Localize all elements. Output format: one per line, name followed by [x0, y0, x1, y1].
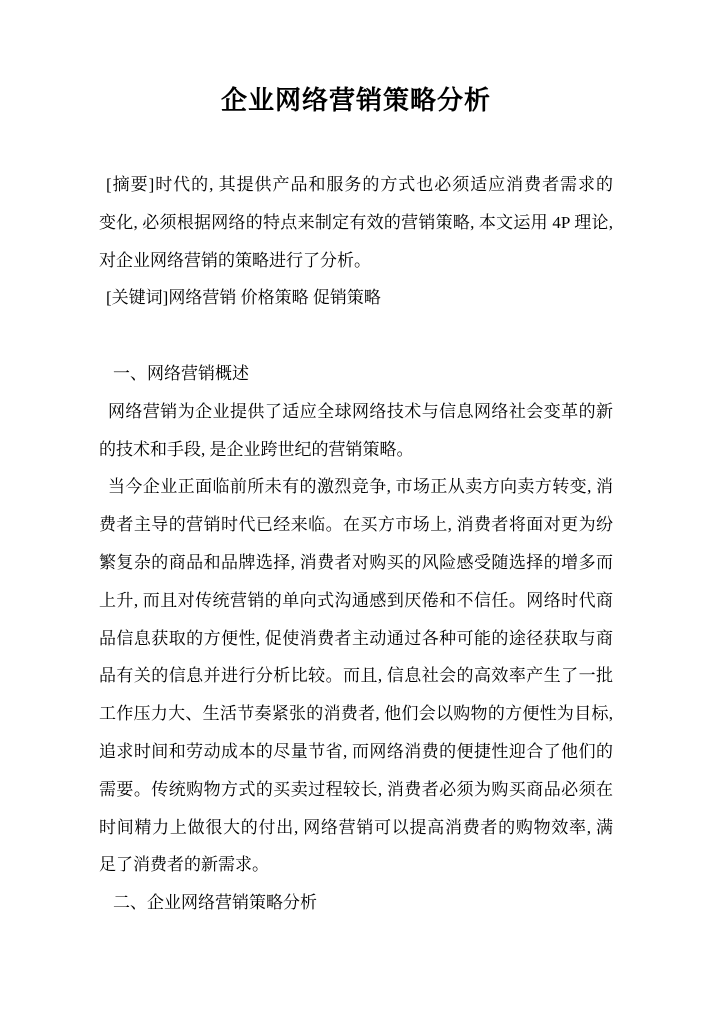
s1-p2-line-9: 需要。传统购物方式的买卖过程较长, 消费者必须为购买商品必须在 [99, 771, 613, 809]
abstract-line-1: [摘要]时代的, 其提供产品和服务的方式也必须适应消费者需求的 [99, 166, 613, 204]
s1-p2-line-10: 时间精力上做很大的付出, 网络营销可以提高消费者的购物效率, 满 [99, 809, 613, 847]
s1-p1-line-1: 网络营销为企业提供了适应全球网络技术与信息网络社会变革的新 [99, 393, 613, 431]
document-title: 企业网络营销策略分析 [99, 83, 613, 119]
s1-p2-line-7: 工作压力大、生活节奏紧张的消费者, 他们会以购物的方便性为目标, [99, 695, 613, 733]
s1-p2-line-1: 当今企业正面临前所未有的激烈竞争, 市场正从卖方向卖方转变, 消 [99, 468, 613, 506]
section-1-paragraph-1: 网络营销为企业提供了适应全球网络技术与信息网络社会变革的新 的技术和手段, 是企… [99, 393, 613, 469]
document-page: 企业网络营销策略分析 [摘要]时代的, 其提供产品和服务的方式也必须适应消费者需… [0, 0, 721, 1020]
section-2-heading: 二、企业网络营销策略分析 [99, 884, 613, 922]
abstract-line-2: 变化, 必须根据网络的特点来制定有效的营销策略, 本文运用 4P 理论, [99, 204, 613, 242]
s1-p2-line-8: 追求时间和劳动成本的尽量节省, 而网络消费的便捷性迎合了他们的 [99, 733, 613, 771]
section-1-heading: 一、网络营销概述 [99, 355, 613, 393]
section-1-paragraph-2: 当今企业正面临前所未有的激烈竞争, 市场正从卖方向卖方转变, 消 费者主导的营销… [99, 468, 613, 884]
s1-p1-line-2: 的技术和手段, 是企业跨世纪的营销策略。 [99, 431, 613, 469]
s1-p2-line-2: 费者主导的营销时代已经来临。在买方市场上, 消费者将面对更为纷 [99, 506, 613, 544]
s1-p2-line-5: 品信息获取的方便性, 促使消费者主动通过各种可能的途径获取与商 [99, 620, 613, 658]
s1-p2-line-4: 上升, 而且对传统营销的单向式沟通感到厌倦和不信任。网络时代商 [99, 582, 613, 620]
s1-p2-line-6: 品有关的信息并进行分析比较。而且, 信息社会的高效率产生了一批 [99, 657, 613, 695]
s1-p2-line-11: 足了消费者的新需求。 [99, 846, 613, 884]
abstract-paragraph: [摘要]时代的, 其提供产品和服务的方式也必须适应消费者需求的 变化, 必须根据… [99, 166, 613, 279]
keywords-line: [关键词]网络营销 价格策略 促销策略 [99, 279, 613, 317]
s1-p2-line-3: 繁复杂的商品和品牌选择, 消费者对购买的风险感受随选择的增多而 [99, 544, 613, 582]
abstract-line-3: 对企业网络营销的策略进行了分析。 [99, 242, 613, 280]
